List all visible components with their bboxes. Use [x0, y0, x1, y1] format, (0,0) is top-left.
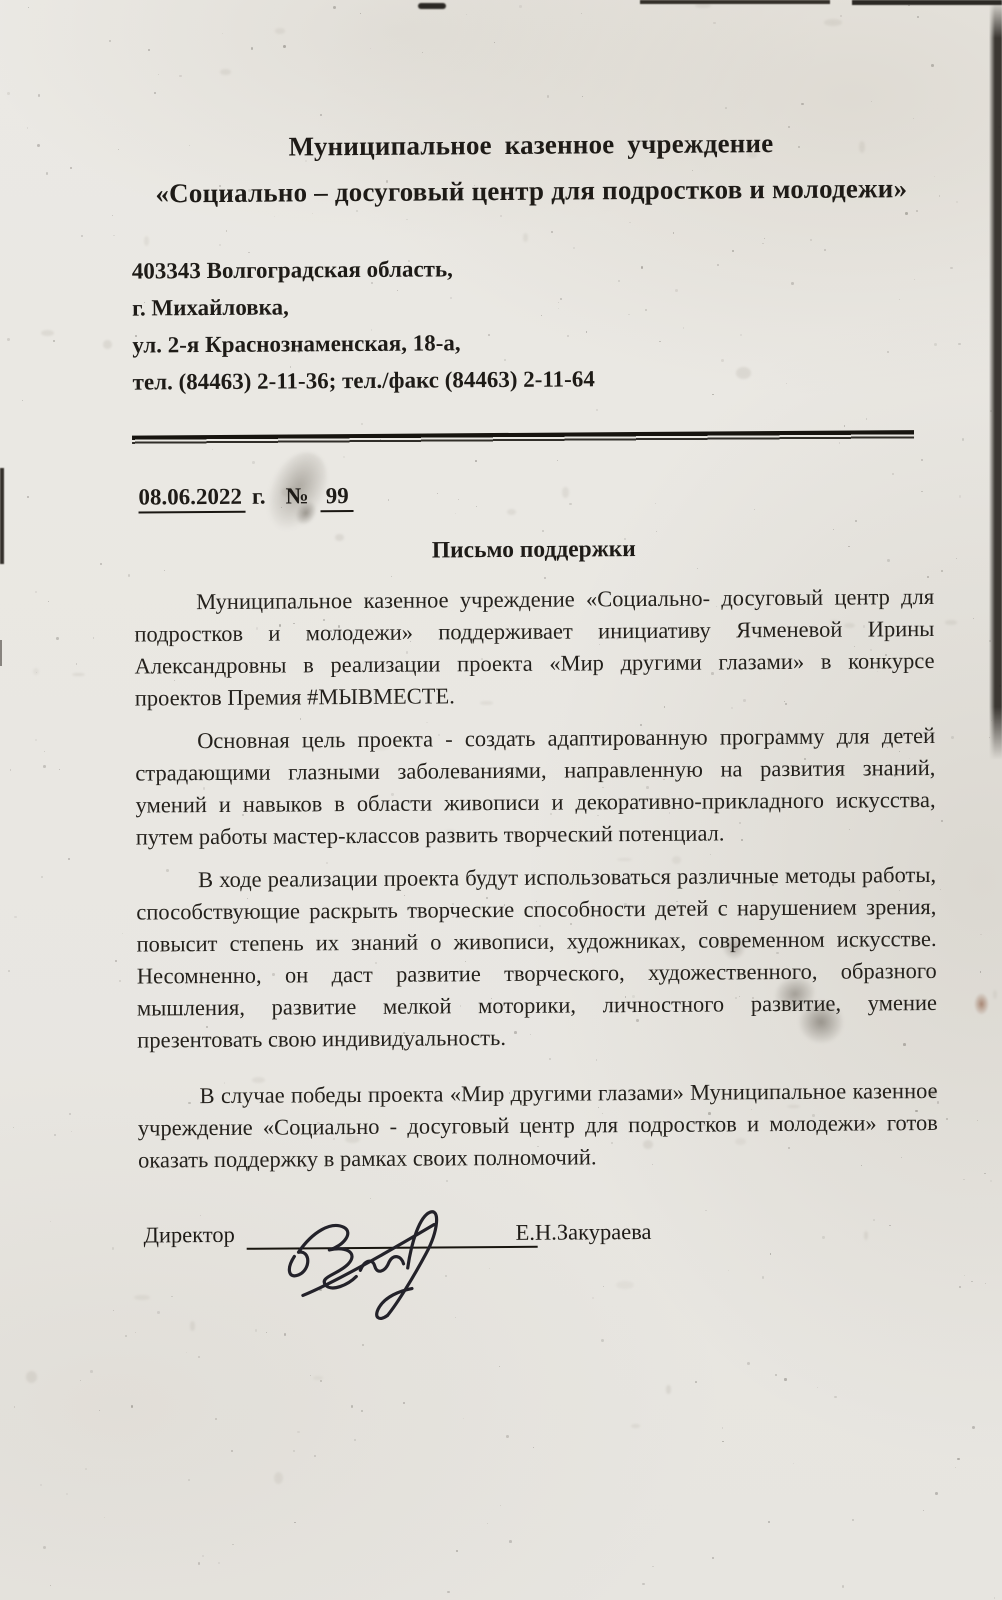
org-name-line2: «Социально – досуговый центр для подрост…: [131, 173, 931, 210]
address-line-city: г. Михайловка,: [132, 286, 594, 326]
org-address-block: 403343 Волгоградская область, г. Михайло…: [132, 249, 595, 400]
paragraph: В ходе реализации проекта будут использо…: [136, 859, 937, 1057]
reference-line: 08.06.2022г.№99: [138, 483, 353, 511]
reference-date: 08.06.2022: [138, 484, 245, 514]
address-line-street: ул. 2-я Краснознаменская, 18-а,: [132, 323, 594, 363]
paragraph: В случае победы проекта «Мир другими гла…: [138, 1075, 939, 1177]
address-line-postal: 403343 Волгоградская область,: [132, 249, 594, 289]
address-line-phone: тел. (84463) 2-11-36; тел./факс (84463) …: [133, 360, 595, 400]
org-name-line1: Муниципальное казенное учреждение: [131, 127, 931, 164]
letter-content: Муниципальное казенное учреждение «Социа…: [0, 0, 1002, 1600]
paragraph: Муниципальное казенное учреждение «Социа…: [134, 581, 935, 715]
letterhead-divider-rule: [132, 430, 914, 445]
signature-role: Директор: [143, 1222, 234, 1249]
paragraph: Основная цель проекта - создать адаптиро…: [135, 720, 936, 854]
number-sign: №: [285, 483, 308, 508]
letter-body: Муниципальное казенное учреждение «Социа…: [134, 581, 938, 1177]
reference-number: 99: [321, 483, 354, 512]
reference-date-suffix: г.: [252, 484, 266, 509]
signature-name: Е.Н.Закураева: [515, 1219, 651, 1246]
handwritten-signature: [271, 1194, 447, 1321]
letter-title: Письмо поддержки: [134, 534, 934, 567]
scanned-letter-page: Муниципальное казенное учреждение «Социа…: [0, 0, 1002, 1600]
signature-row: Директор Е.Н.Закураева: [3, 1212, 1002, 1359]
